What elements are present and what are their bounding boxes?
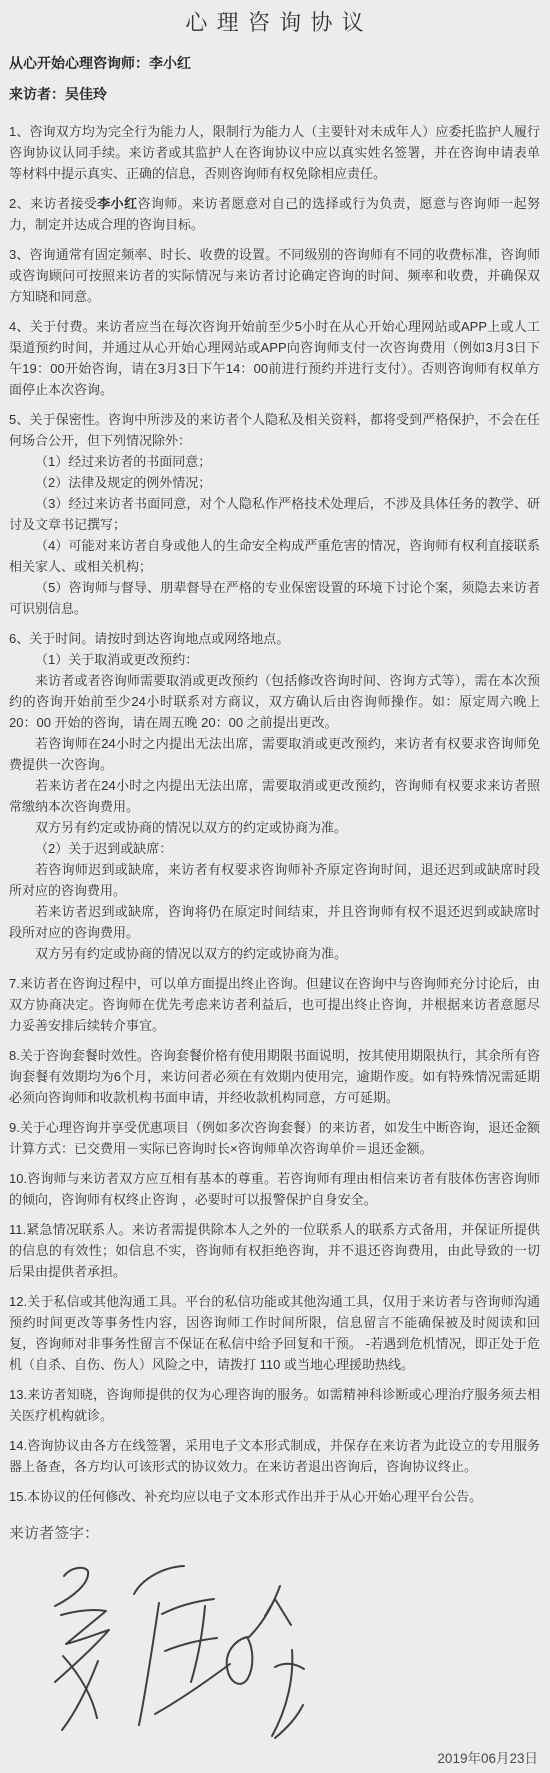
agreement-paragraph: 11.紧急情况联系人。来访者需提供除本人之外的一位联系人的联系方式备用，并保证所… [9,1219,540,1282]
signature-date: 2019年06月23日 [9,1749,540,1769]
agreement-paragraph: 12.关于私信或其他沟通工具。平台的私信功能或其他沟通工具，仅用于来访者与咨询师… [9,1291,540,1375]
agreement-item: 11.紧急情况联系人。来访者需提供除本人之外的一位联系人的联系方式备用，并保证所… [9,1219,540,1282]
agreement-paragraph: （2）关于迟到或缺席： [9,838,540,859]
visitor-signature [35,1553,540,1743]
doc-header: 从心开始心理咨询师：李小红 来访者：吴佳玲 [9,53,540,105]
agreement-paragraph: 若来访者在24小时之内提出无法出席，需要取消或更改预约，咨询师有权要求来访者照常… [9,775,540,817]
agreement-item: 14.咨询协议由各方在线签署，采用电子文本形式制成，并保存在来访者为此设立的专用… [9,1435,540,1477]
agreement-paragraph: 14.咨询协议由各方在线签署，采用电子文本形式制成，并保存在来访者为此设立的专用… [9,1435,540,1477]
agreement-paragraph: 10.咨询师与来访者双方应互相有基本的尊重。若咨询师有理由相信来访者有肢体伤害咨… [9,1168,540,1210]
agreement-paragraph: 5、关于保密性。咨询中所涉及的来访者个人隐私及相关资料，都将受到严格保护，不会在… [9,409,540,451]
agreement-paragraph: 13.来访者知晓，咨询师提供的仅为心理咨询的服务。如需精神科诊断或心理治疗服务须… [9,1384,540,1426]
agreement-paragraph: 若咨询师迟到或缺席，来访者有权要求咨询师补齐原定咨询时间，退还迟到或缺席时段所对… [9,859,540,901]
agreement-paragraph: （1）经过来访者的书面同意； [9,451,540,472]
agreement-paragraph: 若来访者迟到或缺席，咨询将仍在原定时间结束，并且咨询师有权不退还迟到或缺席时段所… [9,901,540,943]
agreement-item: 3、咨询通常有固定频率、时长、收费的设置。不同级别的咨询师有不同的收费标准，咨询… [9,244,540,307]
agreement-paragraph: 双方另有约定或协商的情况以双方的约定或协商为准。 [9,943,540,964]
agreement-paragraph: 7.来访者在咨询过程中，可以单方面提出终止咨询。但建议在咨询中与咨询师充分讨论后… [9,973,540,1036]
agreement-item: 2、来访者接受李小红咨询师。来访者愿意对自己的选择或行为负责，愿意与咨询师一起努… [9,193,540,235]
agreement-paragraph: （3）经过来访者书面同意，对个人隐私作严格技术处理后，不涉及具体任务的教学、研讨… [9,493,540,535]
agreement-page: 心理咨询协议 从心开始心理咨询师：李小红 来访者：吴佳玲 1、咨询双方均为完全行… [0,0,550,1773]
agreement-item: 4、关于付费。来访者应当在每次咨询开始前至少5小时在从心开始心理网站或APP上或… [9,316,540,400]
agreement-item: 9.关于心理咨询并享受优惠项目（例如多次咨询套餐）的来访者，如发生中断咨询，退还… [9,1117,540,1159]
agreement-item: 10.咨询师与来访者双方应互相有基本的尊重。若咨询师有理由相信来访者有肢体伤害咨… [9,1168,540,1210]
agreement-paragraph: （5）咨询师与督导、朋辈督导在严格的专业保密设置的环境下讨论个案，须隐去来访者可… [9,577,540,619]
agreement-item: 7.来访者在咨询过程中，可以单方面提出终止咨询。但建议在咨询中与咨询师充分讨论后… [9,973,540,1036]
agreement-paragraph: 双方另有约定或协商的情况以双方的约定或协商为准。 [9,817,540,838]
agreement-item: 8.关于咨询套餐时效性。咨询套餐价格有使用期限书面说明，按其使用期限执行，其余所… [9,1045,540,1108]
agreement-body: 1、咨询双方均为完全行为能力人，限制行为能力人（主要针对未成年人）应委托监护人履… [9,121,540,1507]
agreement-paragraph: 8.关于咨询套餐时效性。咨询套餐价格有使用期限书面说明，按其使用期限执行，其余所… [9,1045,540,1108]
counselor-line: 从心开始心理咨询师：李小红 [9,53,540,74]
page-title: 心理咨询协议 [9,6,540,37]
agreement-item: 6、关于时间。请按时到达咨询地点或网络地点。（1）关于取消或更改预约：来访者或者… [9,628,540,964]
agreement-item: 12.关于私信或其他沟通工具。平台的私信功能或其他沟通工具，仅用于来访者与咨询师… [9,1291,540,1375]
agreement-item: 13.来访者知晓，咨询师提供的仅为心理咨询的服务。如需精神科诊断或心理治疗服务须… [9,1384,540,1426]
visitor-line: 来访者：吴佳玲 [9,84,540,105]
agreement-item: 5、关于保密性。咨询中所涉及的来访者个人隐私及相关资料，都将受到严格保护，不会在… [9,409,540,619]
agreement-paragraph: 来访者或者咨询师需要取消或更改预约（包括修改咨询时间、咨询方式等），需在本次预约… [9,670,540,733]
agreement-paragraph: 9.关于心理咨询并享受优惠项目（例如多次咨询套餐）的来访者，如发生中断咨询，退还… [9,1117,540,1159]
signature-drawing [35,1553,315,1743]
agreement-paragraph: 1、咨询双方均为完全行为能力人，限制行为能力人（主要针对未成年人）应委托监护人履… [9,121,540,184]
agreement-paragraph: 3、咨询通常有固定频率、时长、收费的设置。不同级别的咨询师有不同的收费标准，咨询… [9,244,540,307]
agreement-item: 15.本协议的任何修改、补充均应以电子文本形式作出并于从心开始心理平台公告。 [9,1486,540,1507]
agreement-paragraph: 若咨询师在24小时之内提出无法出席，需要取消或更改预约，来访者有权要求咨询师免费… [9,733,540,775]
agreement-paragraph: 15.本协议的任何修改、补充均应以电子文本形式作出并于从心开始心理平台公告。 [9,1486,540,1507]
agreement-paragraph: 4、关于付费。来访者应当在每次咨询开始前至少5小时在从心开始心理网站或APP上或… [9,316,540,400]
agreement-paragraph: （4）可能对来访者自身或他人的生命安全构成严重危害的情况，咨询师有权利直接联系相… [9,535,540,577]
agreement-item: 1、咨询双方均为完全行为能力人，限制行为能力人（主要针对未成年人）应委托监护人履… [9,121,540,184]
signature-label: 来访者签字： [9,1523,540,1545]
agreement-paragraph: （2）法律及规定的例外情况； [9,472,540,493]
agreement-paragraph: 6、关于时间。请按时到达咨询地点或网络地点。 [9,628,540,649]
agreement-paragraph: （1）关于取消或更改预约： [9,649,540,670]
agreement-paragraph: 2、来访者接受李小红咨询师。来访者愿意对自己的选择或行为负责，愿意与咨询师一起努… [9,193,540,235]
